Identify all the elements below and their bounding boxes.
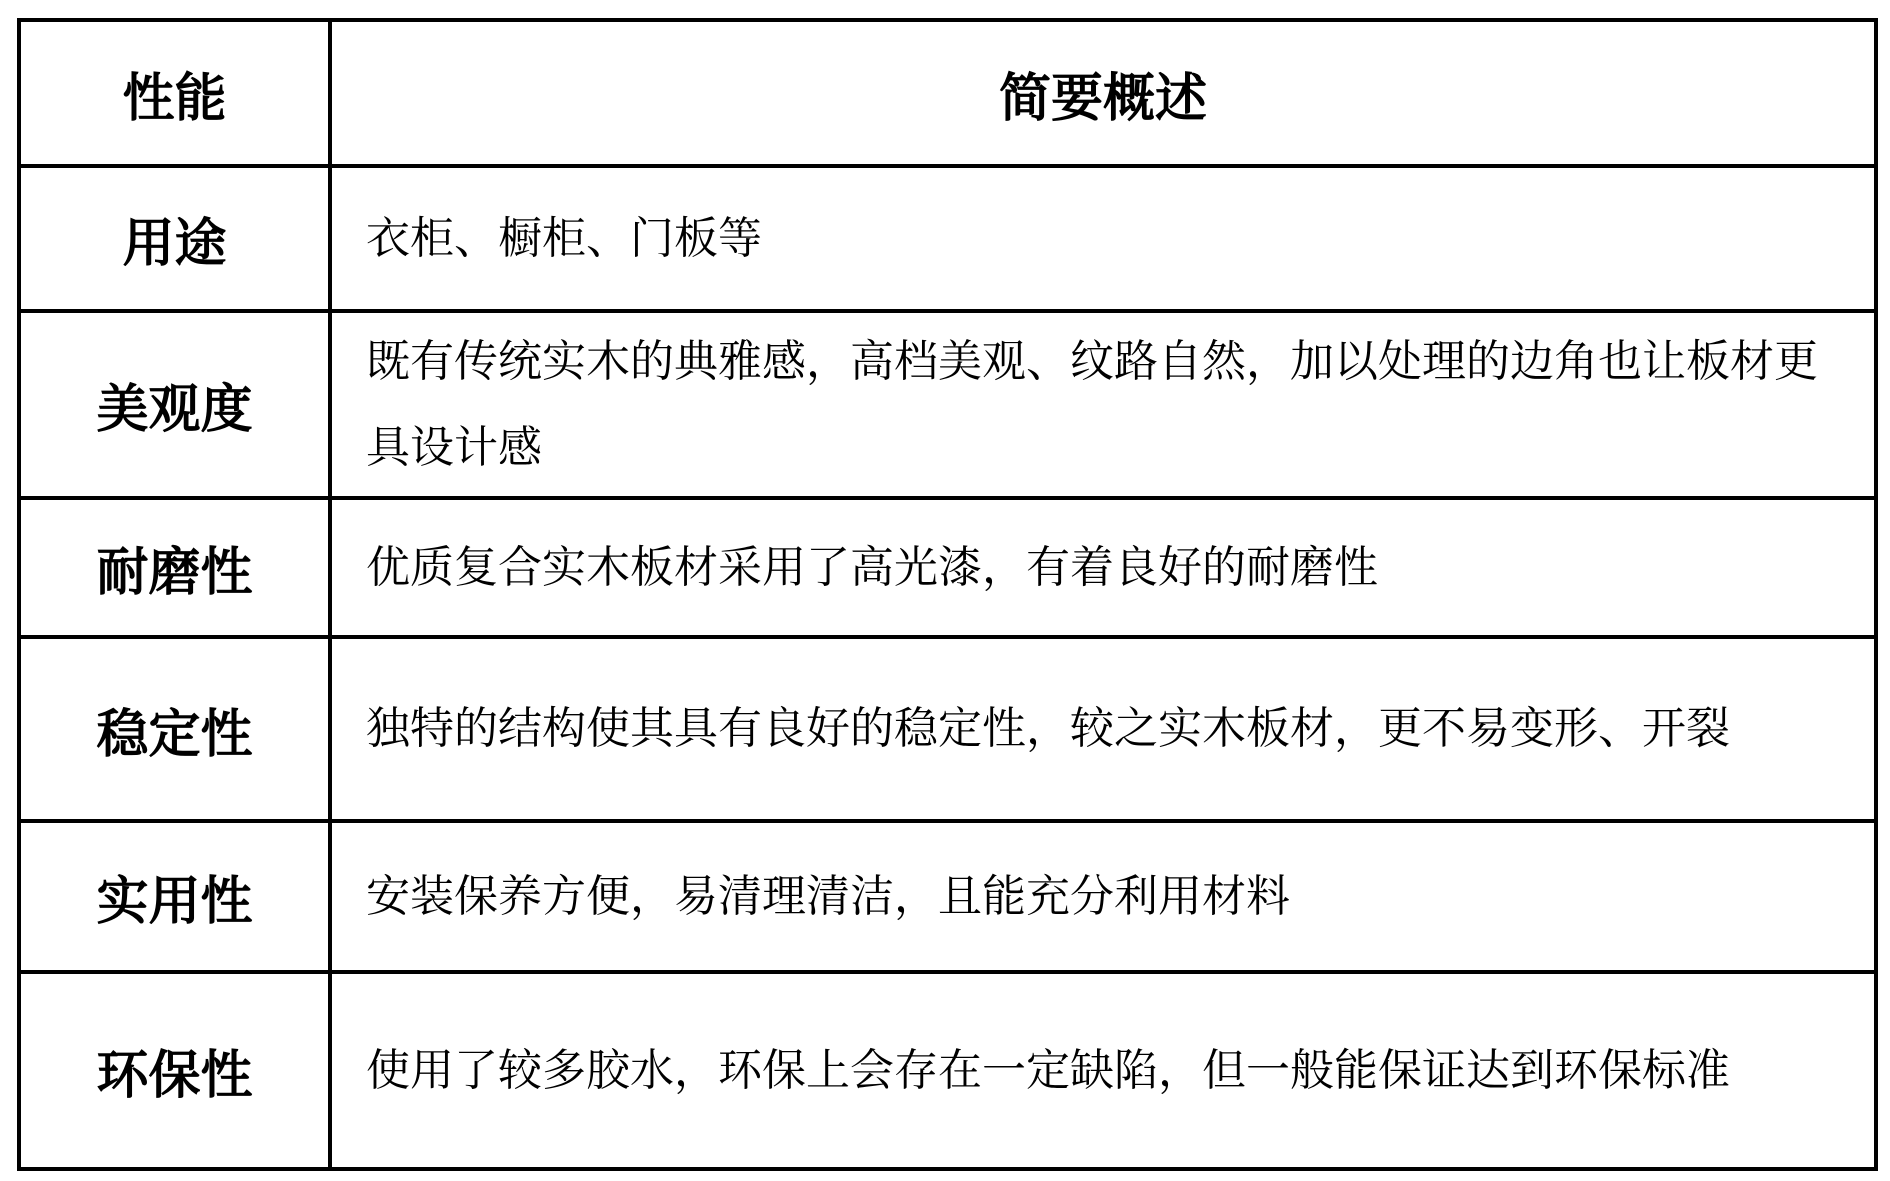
header-summary: 简要概述 xyxy=(330,20,1876,166)
row-desc: 安装保养方便，易清理清洁，且能充分利用材料 xyxy=(330,821,1876,972)
table-row: 耐磨性 优质复合实木板材采用了高光漆，有着良好的耐磨性 xyxy=(19,498,1876,637)
table-row: 用途 衣柜、橱柜、门板等 xyxy=(19,166,1876,311)
row-label: 用途 xyxy=(19,166,330,311)
row-label: 实用性 xyxy=(19,821,330,972)
header-performance: 性能 xyxy=(19,20,330,166)
row-label: 美观度 xyxy=(19,311,330,498)
properties-table: 性能 简要概述 用途 衣柜、橱柜、门板等 美观度 既有传统实木的典雅感，高档美观… xyxy=(17,18,1878,1171)
table-row: 稳定性 独特的结构使其具有良好的稳定性，较之实木板材，更不易变形、开裂 xyxy=(19,637,1876,821)
row-desc: 优质复合实木板材采用了高光漆，有着良好的耐磨性 xyxy=(330,498,1876,637)
row-desc: 既有传统实木的典雅感，高档美观、纹路自然，加以处理的边角也让板材更具设计感 xyxy=(330,311,1876,498)
row-desc: 独特的结构使其具有良好的稳定性，较之实木板材，更不易变形、开裂 xyxy=(330,637,1876,821)
table-row: 实用性 安装保养方便，易清理清洁，且能充分利用材料 xyxy=(19,821,1876,972)
row-label: 稳定性 xyxy=(19,637,330,821)
header-row: 性能 简要概述 xyxy=(19,20,1876,166)
row-desc: 衣柜、橱柜、门板等 xyxy=(330,166,1876,311)
table-row: 美观度 既有传统实木的典雅感，高档美观、纹路自然，加以处理的边角也让板材更具设计… xyxy=(19,311,1876,498)
row-label: 耐磨性 xyxy=(19,498,330,637)
table-row: 环保性 使用了较多胶水，环保上会存在一定缺陷，但一般能保证达到环保标准 xyxy=(19,972,1876,1169)
row-label: 环保性 xyxy=(19,972,330,1169)
row-desc: 使用了较多胶水，环保上会存在一定缺陷，但一般能保证达到环保标准 xyxy=(330,972,1876,1169)
